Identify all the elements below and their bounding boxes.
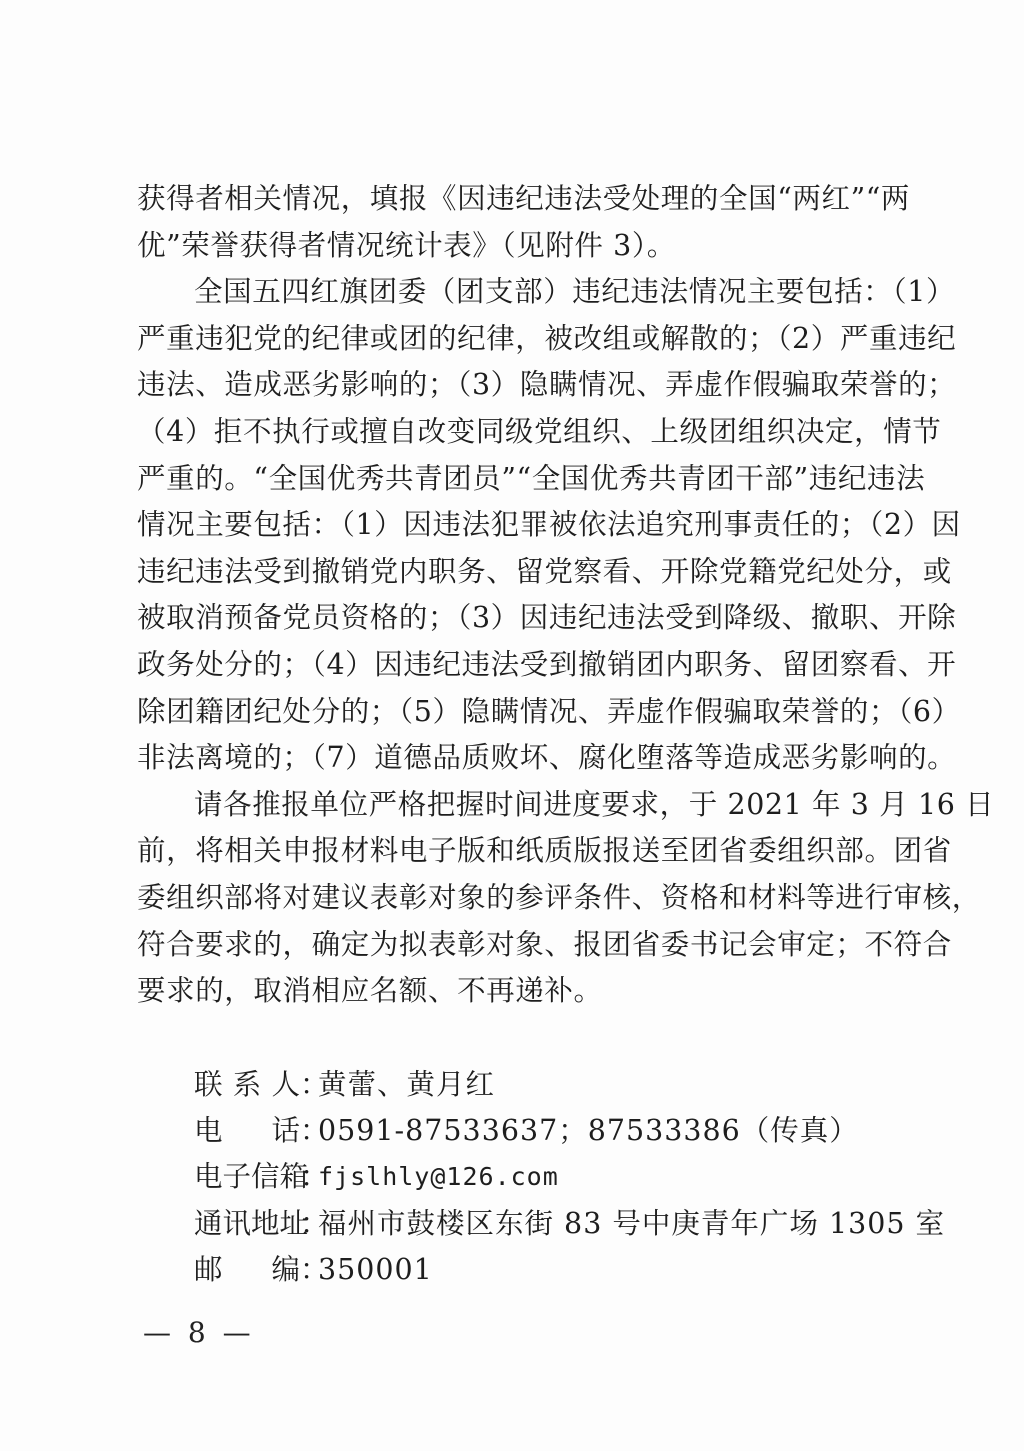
contact-person-row: 联 系 人 ： 黄蕾、黄月红 <box>194 1062 904 1108</box>
text-line: 获得者相关情况，填报《因违纪违法受处理的全国“两红”“两 <box>137 176 901 223</box>
contact-address-row: 通 讯 地 址 ： 福州市鼓楼区东街 83 号中庚青年广场 1305 室 <box>194 1201 904 1247</box>
text-line: 要求的，取消相应名额、不再递补。 <box>137 968 901 1015</box>
contact-address-label: 通 讯 地 址 <box>194 1201 300 1247</box>
text-line: 政务处分的；（4）因违纪违法受到撤销团内职务、留团察看、开 <box>137 642 901 689</box>
text-line: 被取消预备党员资格的；（3）因违纪违法受到降级、撤职、开除 <box>137 595 901 642</box>
colon: ： <box>300 1062 318 1108</box>
contact-person-label: 联 系 人 <box>194 1062 300 1108</box>
colon: ： <box>300 1201 318 1247</box>
document-body: 获得者相关情况，填报《因违纪违法受处理的全国“两红”“两 优”荣誉获得者情况统计… <box>137 176 901 1015</box>
text-line: 请各推报单位严格把握时间进度要求，于 2021 年 3 月 16 日 <box>137 782 901 829</box>
contact-postcode-label: 邮 编 <box>194 1247 300 1293</box>
text-line: 违纪违法受到撤销党内职务、留党察看、开除党籍党纪处分，或 <box>137 549 901 596</box>
text-line: 情况主要包括：（1）因违法犯罪被依法追究刑事责任的；（2）因 <box>137 502 901 549</box>
text-line: 委组织部将对建议表彰对象的参评条件、资格和材料等进行审核， <box>137 875 901 922</box>
contact-postcode-value: 350001 <box>318 1247 433 1293</box>
contact-phone-value: 0591-87533637；87533386（传真） <box>318 1108 859 1154</box>
contact-phone-row: 电 话 ： 0591-87533637；87533386（传真） <box>194 1108 904 1154</box>
text-line: 严重违犯党的纪律或团的纪律，被改组或解散的；（2）严重违纪 <box>137 316 901 363</box>
text-line: 除团籍团纪处分的；（5）隐瞒情况、弄虚作假骗取荣誉的；（6） <box>137 689 901 736</box>
document-page: 获得者相关情况，填报《因违纪违法受处理的全国“两红”“两 优”荣誉获得者情况统计… <box>0 0 1024 1451</box>
paragraph-violation-criteria: 全国五四红旗团委（团支部）违纪违法情况主要包括：（1） 严重违犯党的纪律或团的纪… <box>137 269 901 782</box>
text-line: 前，将相关申报材料电子版和纸质版报送至团省委组织部。团省 <box>137 828 901 875</box>
page-number: — 8 — <box>143 1316 255 1349</box>
text-line: 符合要求的，确定为拟表彰对象、报团省委书记会审定；不符合 <box>137 922 901 969</box>
contact-email-row: 电 子 信 箱 ： fjslhly@126.com <box>194 1154 904 1200</box>
text-line: 严重的。“全国优秀共青团员”“全国优秀共青团干部”违纪违法 <box>137 456 901 503</box>
contact-info-block: 联 系 人 ： 黄蕾、黄月红 电 话 ： 0591-87533637；87533… <box>194 1062 904 1293</box>
contact-email-label: 电 子 信 箱 <box>194 1154 300 1200</box>
text-line: （4）拒不执行或擅自改变同级党组织、上级团组织决定，情节 <box>137 409 901 456</box>
paragraph-submission-deadline: 请各推报单位严格把握时间进度要求，于 2021 年 3 月 16 日 前，将相关… <box>137 782 901 1015</box>
contact-phone-label: 电 话 <box>194 1108 300 1154</box>
contact-postcode-row: 邮 编 ： 350001 <box>194 1247 904 1293</box>
paragraph-statistics-form: 获得者相关情况，填报《因违纪违法受处理的全国“两红”“两 优”荣誉获得者情况统计… <box>137 176 901 269</box>
contact-person-value: 黄蕾、黄月红 <box>318 1062 495 1108</box>
text-line: 优”荣誉获得者情况统计表》（见附件 3）。 <box>137 223 901 270</box>
contact-address-value: 福州市鼓楼区东街 83 号中庚青年广场 1305 室 <box>318 1201 945 1247</box>
text-line: 违法、造成恶劣影响的；（3）隐瞒情况、弄虚作假骗取荣誉的； <box>137 362 901 409</box>
text-line: 全国五四红旗团委（团支部）违纪违法情况主要包括：（1） <box>137 269 901 316</box>
contact-email-value[interactable]: fjslhly@126.com <box>318 1154 559 1200</box>
colon: ： <box>300 1108 318 1154</box>
colon: ： <box>300 1247 318 1293</box>
colon: ： <box>300 1154 318 1200</box>
text-line: 非法离境的；（7）道德品质败坏、腐化堕落等造成恶劣影响的。 <box>137 735 901 782</box>
